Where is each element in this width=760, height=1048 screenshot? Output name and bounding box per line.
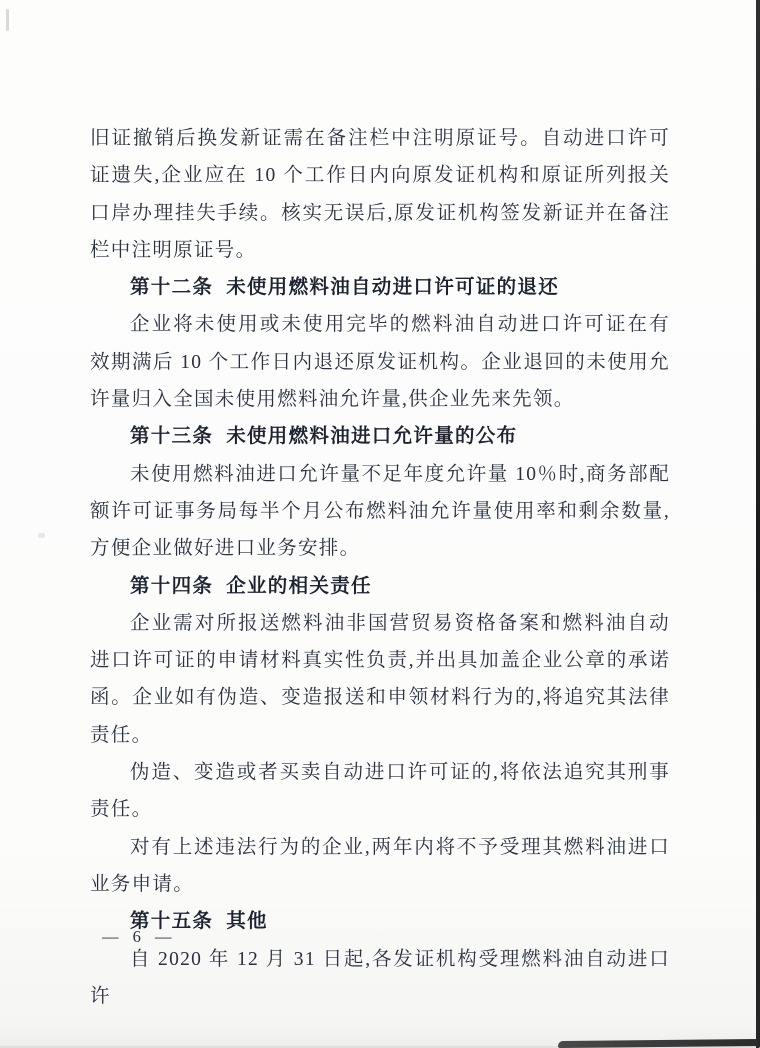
article-14-paragraph-2: 伪造、变造或者买卖自动进口许可证的,将依法追究其刑事责任。 [90, 754, 670, 829]
scan-edge-right [756, 0, 760, 1048]
paragraph-continuation: 旧证撤销后换发新证需在备注栏中注明原证号。自动进口许可证遗失,企业应在 10 个… [90, 120, 670, 269]
article-14-heading: 第十四条企业的相关责任 [90, 568, 670, 605]
article-13-paragraph: 未使用燃料油进口允许量不足年度允许量 10％时,商务部配额许可证事务局每半个月公… [90, 456, 670, 568]
article-15-paragraph: 自 2020 年 12 月 31 日起,各发证机构受理燃料油自动进口许 [90, 941, 670, 1016]
article-13-title: 未使用燃料油进口允许量的公布 [226, 426, 517, 447]
article-14-paragraph-1: 企业需对所报送燃料油非国营贸易资格备案和燃料油自动进口许可证的申请材料真实性负责… [90, 605, 670, 754]
document-text-block: 旧证撤销后换发新证需在备注栏中注明原证号。自动进口许可证遗失,企业应在 10 个… [90, 120, 670, 1015]
article-15-heading: 第十五条其他 [90, 903, 670, 940]
article-12-paragraph: 企业将未使用或未使用完毕的燃料油自动进口许可证在有效期满后 10 个工作日内退还… [90, 306, 670, 418]
scan-artifact [38, 533, 45, 538]
article-14-title: 企业的相关责任 [226, 576, 372, 597]
article-12-number: 第十二条 [130, 277, 213, 298]
article-15-title: 其他 [226, 911, 268, 932]
scanned-document-page: 旧证撤销后换发新证需在备注栏中注明原证号。自动进口许可证遗失,企业应在 10 个… [0, 0, 760, 1048]
scan-artifact [6, 9, 9, 31]
article-12-title: 未使用燃料油自动进口许可证的退还 [226, 277, 559, 298]
article-12-heading: 第十二条未使用燃料油自动进口许可证的退还 [90, 269, 670, 306]
page-number: — 6 — [102, 927, 177, 947]
article-14-paragraph-3: 对有上述违法行为的企业,两年内将不予受理其燃料油进口业务申请。 [90, 829, 670, 904]
article-13-heading: 第十三条未使用燃料油进口允许量的公布 [90, 418, 670, 455]
article-14-number: 第十四条 [130, 576, 213, 597]
article-13-number: 第十三条 [130, 426, 213, 447]
